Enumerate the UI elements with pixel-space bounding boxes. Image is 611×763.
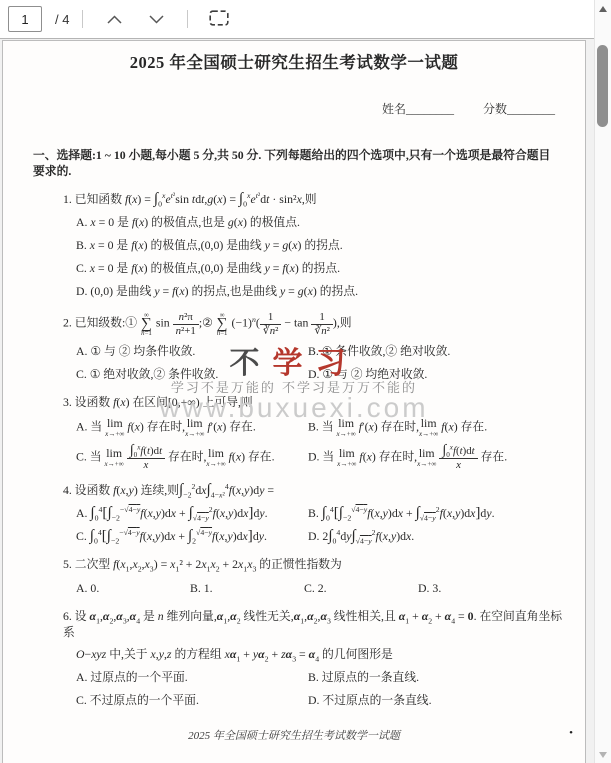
question-4: 4. 设函数 f(x,y) 连续,则∫−22dx∫4−x²4f(x,y)dy =… (63, 483, 563, 545)
name-label: 姓名________ (382, 102, 454, 116)
pdf-toolbar: / 4 (0, 0, 594, 39)
q6-stem-line1: 6. 设 α1,α2,α3,α4 是 n 维列向量,α1,α2 线性无关,α1,… (63, 609, 563, 641)
q4-option-b: B. ∫04[∫−2√4−yf(x,y)dx + ∫√4−y2f(x,y)dx]… (308, 506, 563, 522)
q2-option-b: B. ① 条件收敛,② 绝对收敛. (308, 344, 563, 360)
document-viewport: 2025 年全国硕士研究生招生考试数学一试题 姓名________ 分数____… (0, 40, 594, 763)
q3-option-c: C. 当 limx→+∞ ∫0xf(t)dtx 存在时,limx→+∞ f(x)… (76, 445, 308, 471)
q4-stem: 4. 设函数 f(x,y) 连续,则∫−22dx∫4−x²4f(x,y)dy = (63, 483, 563, 499)
watermark-tagline: 学习不是万能的 不学习是万万不能的 (3, 382, 585, 395)
q5-option-a: A. 0. (76, 581, 190, 597)
q3-stem: 3. 设函数 f(x) 在区间[0,+∞) 上可导,则 (63, 395, 563, 411)
question-3: 3. 设函数 f(x) 在区间[0,+∞) 上可导,则 A. 当 limx→+∞… (63, 395, 563, 471)
question-6: 6. 设 α1,α2,α3,α4 是 n 维列向量,α1,α2 线性无关,α1,… (63, 609, 563, 710)
q2-option-a: A. ① 与 ② 均条件收敛. (76, 344, 308, 360)
q2-option-d: D. ① 与 ② 均绝对收敛. (308, 367, 563, 383)
q5-option-b: B. 1. (190, 581, 304, 597)
next-page-button[interactable] (138, 4, 174, 34)
section-header: 一、选择题:1 ~ 10 小题,每小题 5 分,共 50 分. 下列每题给出的四… (33, 148, 559, 180)
question-1: 1. 已知函数 f(x) = ∫0xet²sin tdt,g(x) = ∫0xe… (63, 192, 563, 300)
q1-option-b: B. x = 0 是 f(x) 的极值点,(0,0) 是曲线 y = g(x) … (76, 238, 563, 254)
q1-option-a: A. x = 0 是 f(x) 的极值点,也是 g(x) 的极值点. (76, 215, 563, 231)
scroll-down-icon[interactable] (599, 752, 607, 758)
footer-title: 2025 年全国硕士研究生招生考试数学一试题 (188, 730, 400, 742)
q6-option-b: B. 过原点的一条直线. (308, 670, 563, 686)
q6-option-d: D. 不过原点的一条直线. (308, 693, 563, 709)
q4-option-d: D. 2∫04dy∫√4−y2f(x,y)dx. (308, 529, 563, 545)
fit-page-button[interactable] (201, 4, 237, 34)
footer-dot: • (569, 727, 573, 739)
q6-option-a: A. 过原点的一个平面. (76, 670, 308, 686)
toolbar-divider (82, 10, 83, 28)
exam-title: 2025 年全国硕士研究生招生考试数学一试题 (3, 49, 585, 73)
vertical-scrollbar[interactable] (594, 0, 611, 763)
question-5: 5. 二次型 f(x1,x2,x3) = x1² + 2x1x2 + 2x1x3… (63, 557, 563, 597)
q4-option-a: A. ∫04[∫−2−√4−yf(x,y)dx + ∫√4−y2f(x,y)dx… (76, 506, 308, 522)
scroll-up-icon[interactable] (599, 6, 607, 12)
q1-option-c: C. x = 0 是 f(x) 的极值点,(0,0) 是曲线 y = f(x) … (76, 261, 563, 277)
scrollbar-thumb[interactable] (597, 45, 608, 127)
page-footer: 2025 年全国硕士研究生招生考试数学一试题 • (3, 727, 585, 743)
previous-page-button[interactable] (96, 4, 132, 34)
q1-option-d: D. (0,0) 是曲线 y = f(x) 的拐点,也是曲线 y = g(x) … (76, 284, 563, 300)
q5-stem: 5. 二次型 f(x1,x2,x3) = x1² + 2x1x2 + 2x1x3… (63, 557, 563, 573)
page-count-label: / 4 (55, 12, 69, 27)
toolbar-divider (187, 10, 188, 28)
q2-stem: 2. 已知级数:① ∞∑n=1 sin n²πn²+1;② ∞∑n=1 (−1)… (63, 311, 563, 337)
fit-page-icon (209, 10, 229, 29)
q3-option-b: B. 当 limx→+∞ f′(x) 存在时,limx→+∞ f(x) 存在. (308, 418, 563, 438)
q5-option-c: C. 2. (304, 581, 418, 597)
q6-stem-line2: O−xyz 中,关于 x,y,z 的方程组 xα1 + yα2 + zα3 = … (76, 647, 563, 663)
score-label: 分数________ (483, 102, 555, 116)
question-2: 2. 已知级数:① ∞∑n=1 sin n²πn²+1;② ∞∑n=1 (−1)… (63, 311, 563, 383)
q3-option-d: D. 当 limx→+∞ f(x) 存在时,limx→+∞ ∫0xf(t)dtx… (308, 445, 563, 471)
chevron-down-icon (149, 12, 164, 27)
q2-option-c: C. ① 绝对收敛,② 条件收敛. (76, 367, 308, 383)
q6-option-c: C. 不过原点的一个平面. (76, 693, 308, 709)
q5-option-d: D. 3. (418, 581, 532, 597)
pdf-page: 2025 年全国硕士研究生招生考试数学一试题 姓名________ 分数____… (2, 40, 586, 763)
q1-stem: 1. 已知函数 f(x) = ∫0xet²sin tdt,g(x) = ∫0xe… (63, 192, 563, 208)
page-number-input[interactable] (8, 6, 42, 32)
q3-option-a: A. 当 limx→+∞ f(x) 存在时,limx→+∞ f′(x) 存在. (76, 418, 308, 438)
q4-option-c: C. ∫04[∫−2−√4−yf(x,y)dx + ∫2√4−yf(x,y)dx… (76, 529, 308, 545)
name-score-line: 姓名________ 分数________ (3, 100, 585, 117)
chevron-up-icon (107, 12, 122, 27)
